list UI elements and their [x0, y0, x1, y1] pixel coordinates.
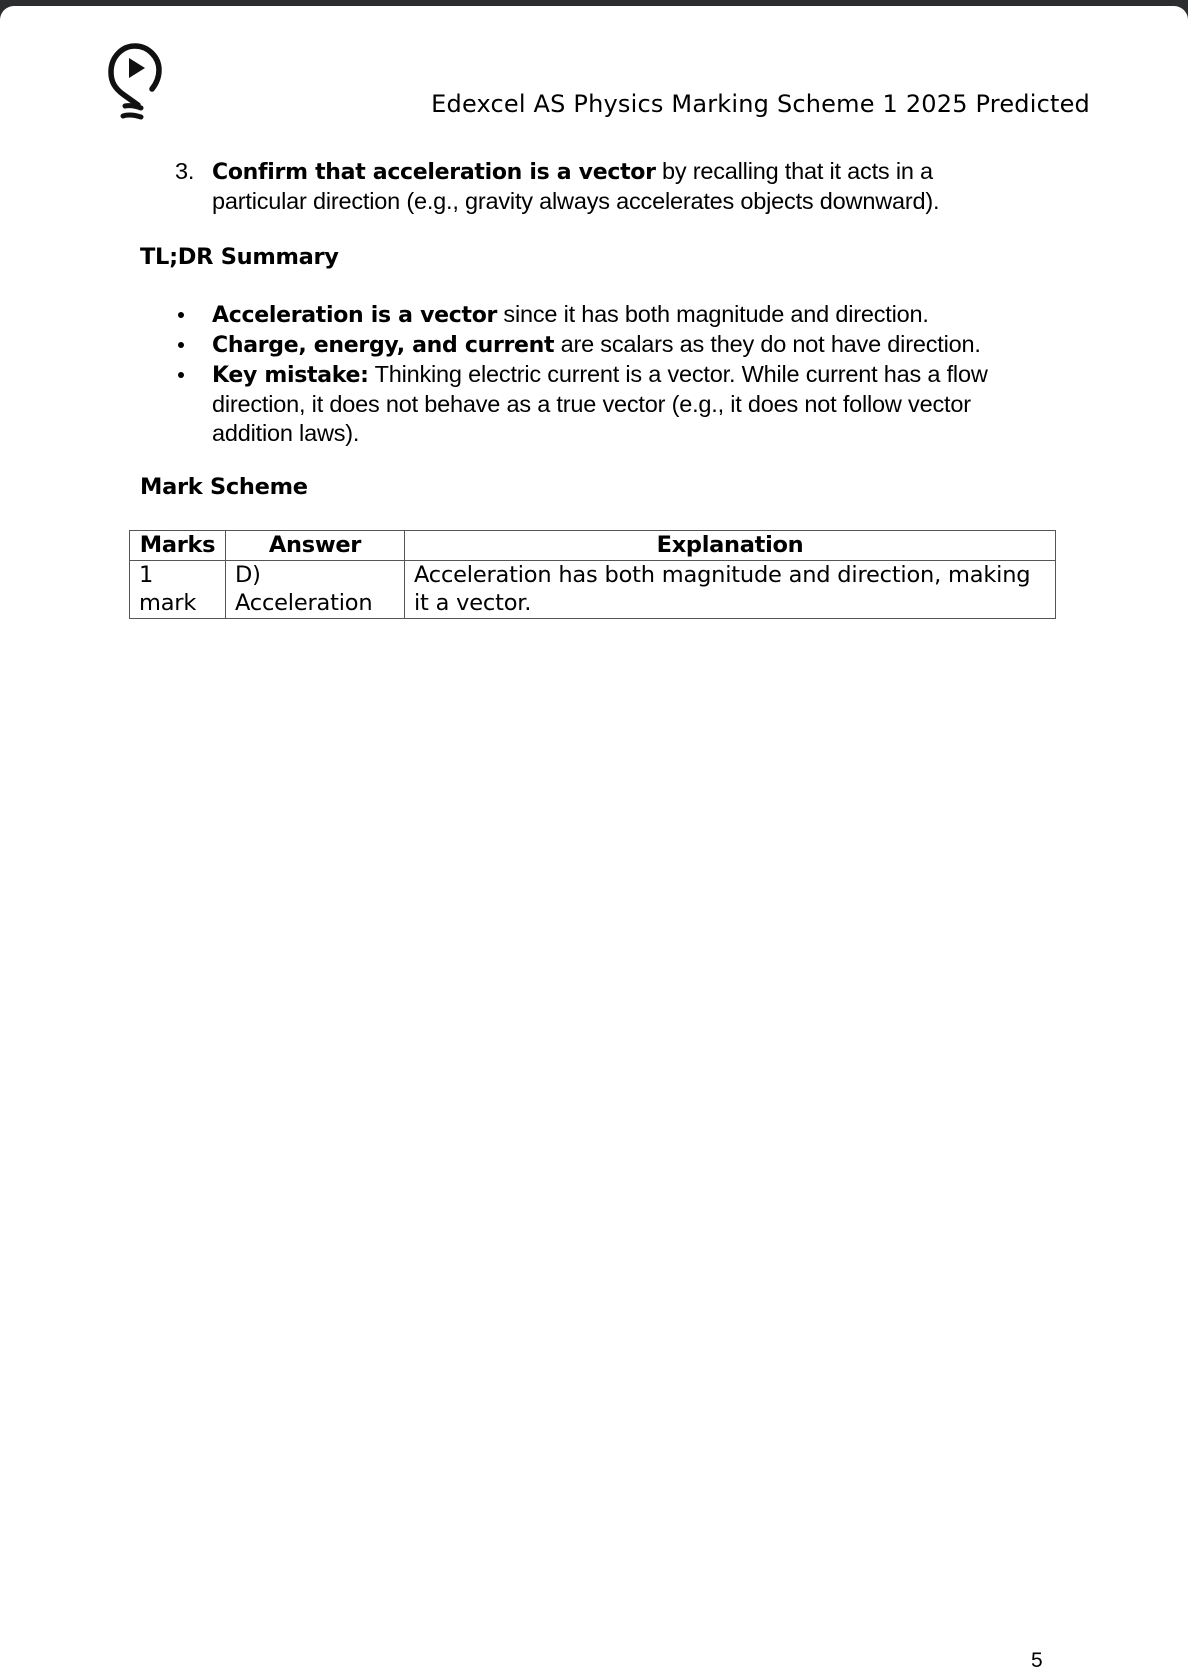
- column-header-marks: Marks: [130, 531, 226, 561]
- cell-explanation: Acceleration has both magnitude and dire…: [405, 560, 1056, 618]
- cell-marks: 1 mark: [130, 560, 226, 618]
- list-item-text: are scalars as they do not have directio…: [554, 331, 980, 357]
- page-number: 5: [1031, 1649, 1043, 1673]
- cell-answer: D) Acceleration: [226, 560, 405, 618]
- bullet-icon: [178, 312, 184, 318]
- numbered-step: 3. Confirm that acceleration is a vector…: [175, 157, 1015, 216]
- tldr-heading: TL;DR Summary: [140, 244, 339, 270]
- list-item-text: since it has both magnitude and directio…: [497, 301, 929, 327]
- list-item: Key mistake: Thinking electric current i…: [175, 360, 1055, 448]
- table-row: 1 mark D) Acceleration Acceleration has …: [130, 560, 1056, 618]
- list-item-bold: Key mistake:: [212, 363, 369, 388]
- tldr-list: Acceleration is a vector since it has bo…: [175, 300, 1055, 448]
- column-header-answer: Answer: [226, 531, 405, 561]
- step-bold-text: Confirm that acceleration is a vector: [212, 160, 656, 185]
- list-item: Charge, energy, and current are scalars …: [175, 330, 1055, 360]
- column-header-explanation: Explanation: [405, 531, 1056, 561]
- step-number: 3.: [175, 157, 194, 186]
- bullet-icon: [178, 342, 184, 348]
- table-header-row: Marks Answer Explanation: [130, 531, 1056, 561]
- list-item-bold: Acceleration is a vector: [212, 303, 497, 328]
- document-header-title: Edexcel AS Physics Marking Scheme 1 2025…: [431, 90, 1090, 118]
- bullet-icon: [178, 372, 184, 378]
- lightbulb-play-icon: [108, 37, 162, 121]
- mark-scheme-heading: Mark Scheme: [140, 474, 308, 500]
- list-item: Acceleration is a vector since it has bo…: [175, 300, 1055, 330]
- document-page: Edexcel AS Physics Marking Scheme 1 2025…: [0, 6, 1188, 1680]
- list-item-bold: Charge, energy, and current: [212, 333, 554, 358]
- mark-scheme-table: Marks Answer Explanation 1 mark D) Accel…: [129, 530, 1056, 619]
